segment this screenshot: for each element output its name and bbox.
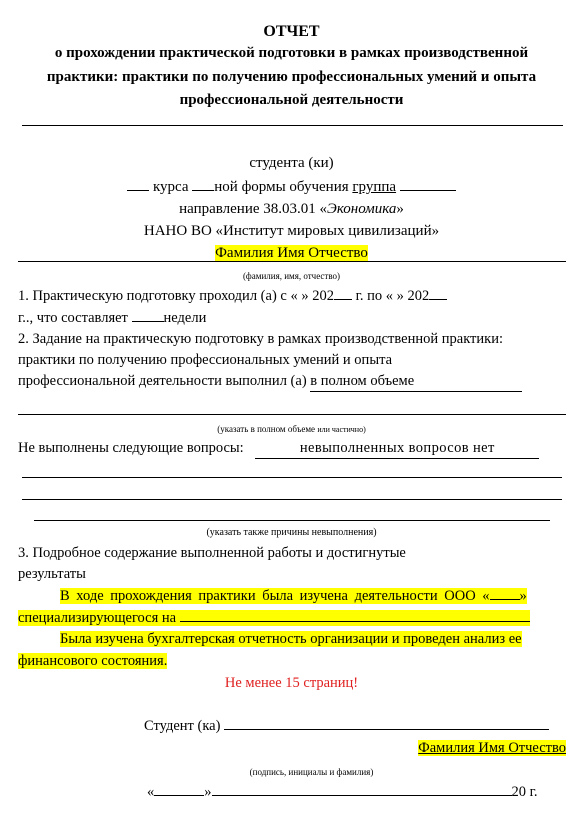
year-label: 20 г. <box>512 784 538 800</box>
para2-text-end: финансового состояния. <box>18 653 167 669</box>
company-name-blank[interactable] <box>490 585 520 600</box>
practice-end-label: г. по « » 202 <box>352 288 429 304</box>
specialization-text: специализирующегося на <box>18 610 530 626</box>
day-blank[interactable] <box>154 781 204 796</box>
student-label: студента (ки) <box>0 153 583 173</box>
form-label: ной формы обучения <box>214 179 348 195</box>
page-count-note: Не менее 15 страниц! <box>0 673 583 693</box>
signature-fullname[interactable]: Фамилия Имя Отчество <box>418 740 566 756</box>
unfulfilled-label: Не выполнены следующие вопросы: <box>18 440 244 456</box>
para2-text: Была изучена бухгалтерская отчетность ор… <box>60 631 522 647</box>
completion-extra-line <box>18 414 566 415</box>
fullname-caption: (фамилия, имя, отчество) <box>0 270 583 282</box>
report-subtitle-line-2: практики: практики по получению професси… <box>0 67 583 87</box>
month-blank[interactable] <box>212 781 512 796</box>
weeks-blank[interactable] <box>132 307 164 322</box>
title-divider <box>22 125 563 126</box>
unfulfilled-line-4 <box>34 520 550 521</box>
signature-label: Студент (ка) <box>144 718 224 734</box>
report-subtitle-line-1: о прохождении практической подготовки в … <box>0 43 583 63</box>
fullname-underline <box>18 261 566 262</box>
completion-label: профессиональной деятельности выполнил (… <box>18 373 310 389</box>
student-fullname-line: Фамилия Имя Отчество <box>0 243 583 263</box>
unfulfilled-line-3 <box>22 499 562 500</box>
institution-name: НАНО ВО «Институт мировых цивилизаций» <box>0 221 583 241</box>
section3-heading-line1: 3. Подробное содержание выполненной рабо… <box>18 543 406 563</box>
report-title: ОТЧЕТ <box>0 22 583 42</box>
duration-label: г.., что составляет <box>18 310 132 326</box>
course-line: курса ной формы обучения группа <box>0 176 583 197</box>
section3-heading-line2: результаты <box>18 564 86 584</box>
signature-line: Студент (ка) <box>144 715 549 736</box>
unfulfilled-line-2 <box>22 477 562 478</box>
completion-value[interactable]: в полном объеме <box>310 371 522 392</box>
signature-blank[interactable] <box>224 715 549 730</box>
signature-fullname-line: Фамилия Имя Отчество <box>418 738 566 758</box>
section2-line1: 2. Задание на практическую подготовку в … <box>18 329 503 349</box>
weeks-label: недели <box>164 310 207 326</box>
section3-para1-line1: В ходе прохождения практики была изучена… <box>60 585 527 606</box>
completion-caption-a: (указать в полном объеме <box>217 424 317 434</box>
unfulfilled-caption: (указать также причины невыполнения) <box>0 527 583 539</box>
unfulfilled-value[interactable]: невыполненных вопросов нет <box>255 438 539 459</box>
practice-start-label: 1. Практическую подготовку проходил (а) … <box>18 288 334 304</box>
date-open-quote: « <box>147 784 154 800</box>
section3-para2-line1: Была изучена бухгалтерская отчетность ор… <box>60 629 522 649</box>
completion-caption-b: или частично) <box>317 425 365 434</box>
specialization-blank[interactable] <box>180 607 530 622</box>
unfulfilled-line: Не выполнены следующие вопросы: невыполн… <box>18 438 539 459</box>
course-label: курса <box>153 179 189 195</box>
direction-close: » <box>396 201 404 217</box>
section1-line1: 1. Практическую подготовку проходил (а) … <box>18 285 447 306</box>
date-close-quote: » <box>204 784 211 800</box>
completion-caption: (указать в полном объеме или частично) <box>0 423 583 436</box>
signature-caption: (подпись, инициалы и фамилия) <box>0 766 583 778</box>
section3-para2-line2: финансового состояния. <box>18 651 167 671</box>
course-blank[interactable] <box>127 176 149 191</box>
direction-line: направление 38.03.01 «Экономика» <box>0 199 583 219</box>
group-label: группа <box>352 179 396 195</box>
section2-line2: практики по получению профессиональных у… <box>18 350 392 370</box>
group-blank[interactable] <box>400 176 456 191</box>
direction-name: Экономика <box>327 201 396 217</box>
end-year-blank[interactable] <box>429 285 447 300</box>
para1-text: В ходе прохождения практики была изучена… <box>60 588 527 604</box>
section3-para1-line2: специализирующегося на <box>18 607 530 628</box>
report-subtitle-line-3: профессиональной деятельности <box>0 90 583 110</box>
form-blank[interactable] <box>192 176 214 191</box>
start-year-blank[interactable] <box>334 285 352 300</box>
direction-label: направление 38.03.01 « <box>179 201 327 217</box>
section2-line3: профессиональной деятельности выполнил (… <box>18 371 522 392</box>
student-fullname[interactable]: Фамилия Имя Отчество <box>215 245 368 261</box>
date-line: «»20 г. <box>147 781 538 802</box>
section1-line2: г.., что составляет недели <box>18 307 206 328</box>
